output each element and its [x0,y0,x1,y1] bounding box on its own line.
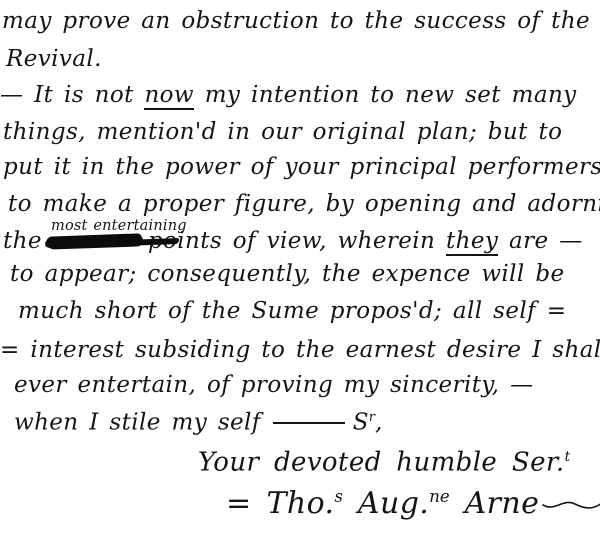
line-12-comma: , [375,410,383,436]
line-07-text-after: are — [498,228,582,254]
line-07-text-before: the [3,228,42,254]
letter-line-09: much short of the Sume propos'd; all sel… [18,296,566,326]
letter-line-11: ever entertain, of proving my sincerity,… [14,370,534,400]
signature-augustine-abbrev: Aug. [343,486,429,521]
letter-line-05: put it in the power of your principal pe… [3,152,600,182]
letter-line-08: to appear; consequently, the expence wil… [10,259,565,289]
letter-line-07: most entertainingthepoints of view, wher… [3,226,583,256]
letter-page: may prove an obstruction to the success … [0,0,600,553]
signature-dash: = [226,486,266,521]
line-03-text-after: my intention to new set many [194,82,577,108]
line-12-text: when I stile my self [14,410,261,436]
letter-line-12: when I stile my selfSr, [14,402,383,438]
letter-closing: Your devoted humble Ser.t [198,442,570,478]
signature-thomas-abbrev: Tho. [266,486,334,521]
letter-line-03: — It is not now my intention to new set … [0,80,577,110]
letter-line-04: things, mention'd in our original plan; … [3,117,562,147]
letter-line-02: Revival. [6,44,102,74]
signature-thomas-superscript: s [335,487,343,506]
underlined-word-now: now [144,82,194,110]
closing-text: Your devoted humble Ser. [198,448,565,478]
letter-line-01: may prove an obstruction to the success … [2,6,590,36]
signature-surname: Arne [450,486,540,521]
scribbled-out-word [46,233,142,248]
letter-signature: = Tho.s Aug.ne Arne [226,482,600,519]
line-03-text-before: — It is not [0,82,144,108]
closing-superscript-t: t [565,449,571,465]
underlined-word-they: they [446,228,498,256]
line-07-text-mid: points of view, wherein [148,228,446,254]
sir-abbreviation: S [353,410,369,436]
letter-line-10: = interest subsiding to the earnest desi… [0,335,600,365]
long-dash-rule [273,422,345,424]
signature-augustine-superscript: ne [429,487,449,506]
signature-flourish [541,496,600,514]
